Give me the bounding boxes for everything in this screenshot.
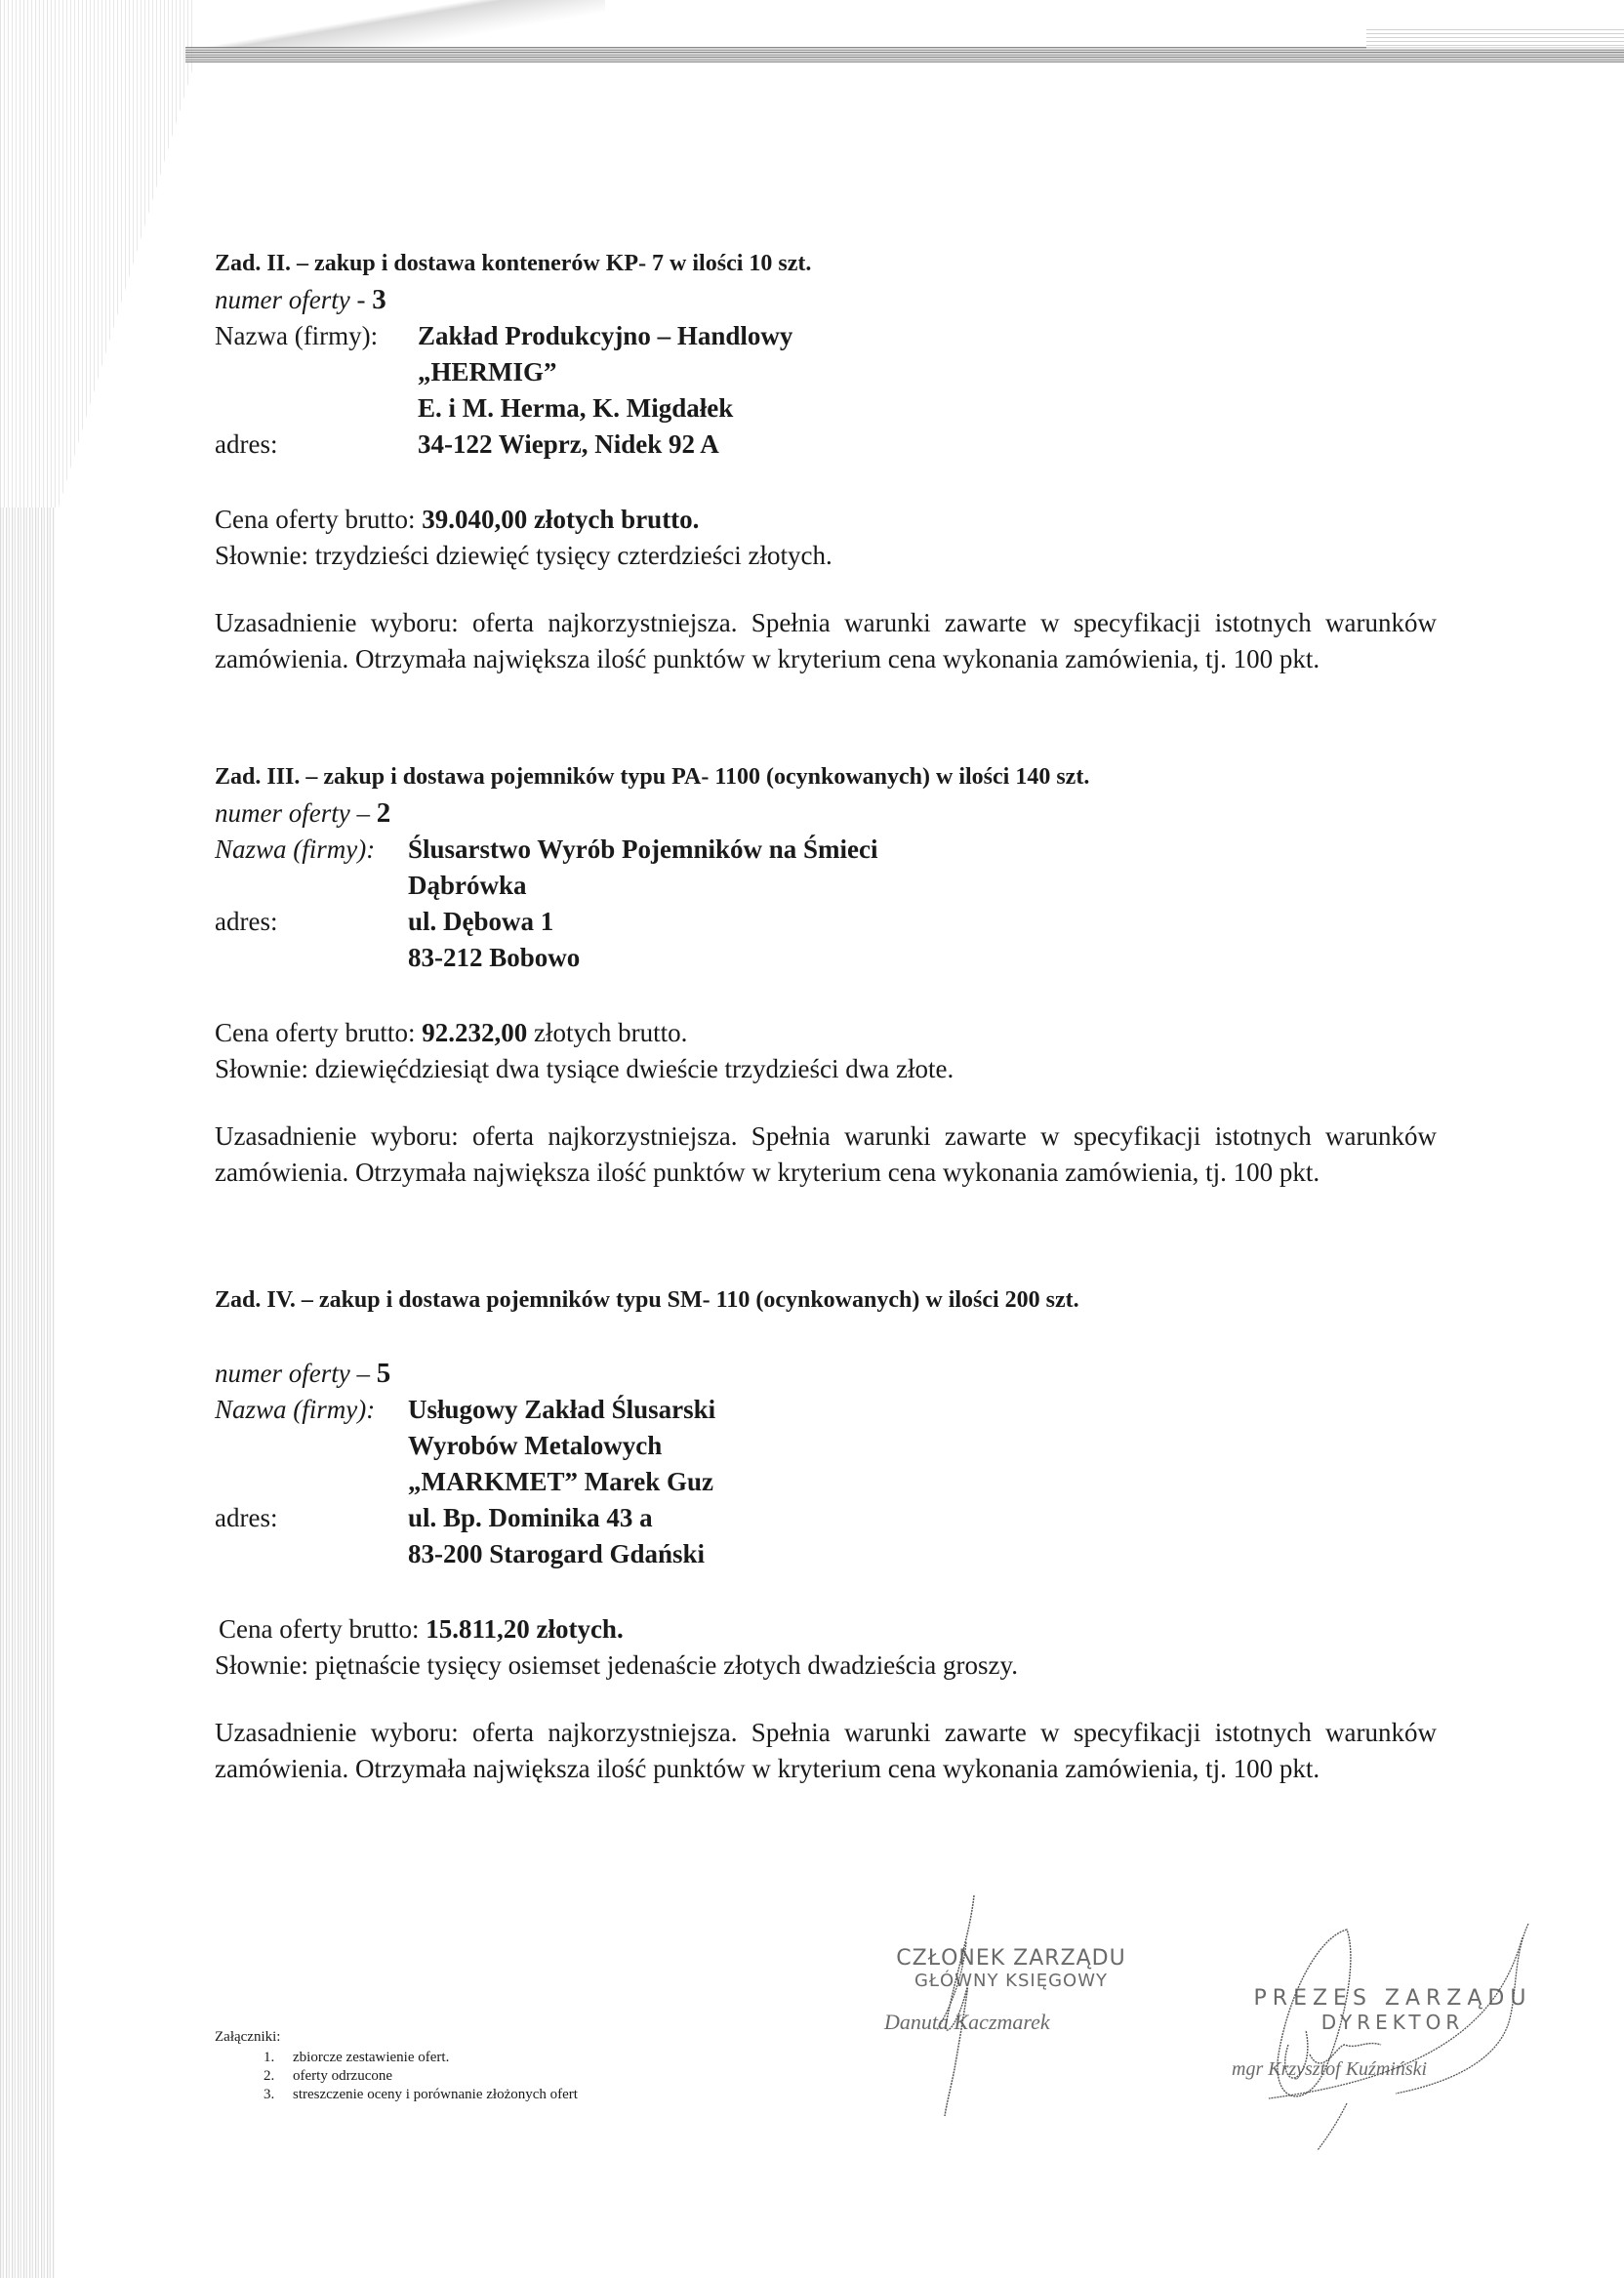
address-label: adres: bbox=[215, 427, 277, 463]
price-line: Cena oferty brutto: 15.811,20 złotych. bbox=[215, 1611, 1437, 1647]
company-label: Nazwa (firmy): bbox=[215, 832, 375, 868]
section-heading: Zad. III. – zakup i dostawa pojemników t… bbox=[215, 759, 1437, 795]
price-value: 39.040,00 złotych brutto. bbox=[422, 505, 699, 534]
offer-number-row: numer oferty – 2 bbox=[215, 795, 1437, 832]
section-heading: Zad. IV. – zakup i dostawa pojemników ty… bbox=[215, 1282, 1437, 1319]
company-name-line: Zakład Produkcyjno – Handlowy bbox=[418, 318, 792, 354]
address-line: ul. Dębowa 1 bbox=[408, 904, 553, 940]
company-name-line: Usługowy Zakład Ślusarski bbox=[408, 1392, 715, 1428]
company-row-cont: Dąbrówka bbox=[215, 868, 1437, 904]
scan-artifact-left-corner bbox=[0, 0, 195, 508]
address-label: adres: bbox=[215, 904, 277, 940]
address-line: ul. Bp. Dominika 43 a bbox=[408, 1500, 653, 1536]
attachment-item: 2.oferty odrzucone bbox=[215, 2067, 578, 2086]
address-label: adres: bbox=[215, 1500, 277, 1536]
justification: Uzasadnienie wyboru: oferta najkorzystni… bbox=[215, 1715, 1437, 1787]
company-row-cont: Wyrobów Metalowych bbox=[215, 1428, 1437, 1464]
attachment-item: 3.streszczenie oceny i porównanie złożon… bbox=[215, 2086, 578, 2104]
company-row-cont: „MARKMET” Marek Guz bbox=[215, 1464, 1437, 1500]
address-row: adres: 34-122 Wieprz, Nidek 92 A bbox=[215, 427, 1437, 463]
address-line: 83-200 Starogard Gdański bbox=[408, 1536, 705, 1572]
price-value: 92.232,00 bbox=[422, 1018, 527, 1047]
price-in-words: Słownie: trzydzieści dziewięć tysięcy cz… bbox=[215, 538, 1437, 574]
address-row: adres: ul. Bp. Dominika 43 a bbox=[215, 1500, 1437, 1536]
company-label: Nazwa (firmy): bbox=[215, 1392, 375, 1428]
scan-artifact-top-edge bbox=[185, 47, 1624, 62]
price-line: Cena oferty brutto: 39.040,00 złotych br… bbox=[215, 502, 1437, 538]
company-name-line: Ślusarstwo Wyrób Pojemników na Śmieci bbox=[408, 832, 878, 868]
stamp-title: PREZES ZARZĄDU bbox=[1232, 1986, 1554, 2012]
offer-number-row: numer oferty – 5 bbox=[215, 1356, 1437, 1392]
attachments-list: Załączniki: 1.zbiorcze zestawienie ofert… bbox=[215, 2028, 578, 2104]
offer-number: 2 bbox=[377, 797, 391, 829]
section-zad-2: Zad. II. – zakup i dostawa kontenerów KP… bbox=[215, 246, 1437, 677]
stamp-name: Danuta Kaczmarek bbox=[865, 2010, 1157, 2035]
price-value: 15.811,20 złotych. bbox=[426, 1614, 624, 1644]
company-name-line: Dąbrówka bbox=[408, 868, 527, 904]
company-row-cont: „HERMIG” bbox=[215, 354, 1437, 390]
price-in-words: Słownie: dziewięćdziesiąt dwa tysiące dw… bbox=[215, 1051, 1437, 1087]
offer-number: 3 bbox=[372, 284, 386, 315]
section-zad-3: Zad. III. – zakup i dostawa pojemników t… bbox=[215, 759, 1437, 1191]
company-row: Nazwa (firmy): Usługowy Zakład Ślusarski bbox=[215, 1392, 1437, 1428]
price-in-words: Słownie: piętnaście tysięcy osiemset jed… bbox=[215, 1647, 1437, 1684]
stamp-subtitle: DYREKTOR bbox=[1232, 2012, 1554, 2033]
offer-number-row: numer oferty - 3 bbox=[215, 282, 1437, 318]
company-name-line: Wyrobów Metalowych bbox=[408, 1428, 662, 1464]
attachment-item: 1.zbiorcze zestawienie ofert. bbox=[215, 2049, 578, 2067]
stamp-title: CZŁONEK ZARZĄDU bbox=[865, 1947, 1157, 1971]
company-row: Nazwa (firmy): Zakład Produkcyjno – Hand… bbox=[215, 318, 1437, 354]
section-zad-4: Zad. IV. – zakup i dostawa pojemników ty… bbox=[215, 1282, 1437, 1787]
offer-number-label: numer oferty – 2 bbox=[215, 795, 390, 832]
company-name-line: E. i M. Herma, K. Migdałek bbox=[418, 390, 733, 427]
section-heading: Zad. II. – zakup i dostawa kontenerów KP… bbox=[215, 246, 1437, 282]
offer-number-label: numer oferty - 3 bbox=[215, 282, 386, 318]
company-row-cont: E. i M. Herma, K. Migdałek bbox=[215, 390, 1437, 427]
stamp-name: mgr Krzysztof Kuźmiński bbox=[1232, 2058, 1554, 2081]
offer-number-label: numer oferty – 5 bbox=[215, 1356, 390, 1392]
scan-artifact-top-fold bbox=[195, 0, 605, 49]
address-line: 34-122 Wieprz, Nidek 92 A bbox=[418, 427, 719, 463]
company-name-line: „HERMIG” bbox=[418, 354, 557, 390]
stamp-president: PREZES ZARZĄDU DYREKTOR mgr Krzysztof Ku… bbox=[1232, 1986, 1554, 2081]
address-row-cont: 83-200 Starogard Gdański bbox=[215, 1536, 1437, 1572]
stamp-subtitle: GŁÓWNY KSIĘGOWY bbox=[865, 1971, 1157, 1992]
address-line: 83-212 Bobowo bbox=[408, 940, 580, 976]
company-label: Nazwa (firmy): bbox=[215, 318, 378, 354]
company-name-line: „MARKMET” Marek Guz bbox=[408, 1464, 713, 1500]
price-line: Cena oferty brutto: 92.232,00 złotych br… bbox=[215, 1015, 1437, 1051]
address-row-cont: 83-212 Bobowo bbox=[215, 940, 1437, 976]
offer-number: 5 bbox=[377, 1358, 391, 1389]
stamp-chief-accountant: CZŁONEK ZARZĄDU GŁÓWNY KSIĘGOWY Danuta K… bbox=[865, 1947, 1157, 2035]
company-row: Nazwa (firmy): Ślusarstwo Wyrób Pojemnik… bbox=[215, 832, 1437, 868]
attachments-title: Załączniki: bbox=[215, 2028, 578, 2047]
justification: Uzasadnienie wyboru: oferta najkorzystni… bbox=[215, 1119, 1437, 1191]
scan-artifact-top-right bbox=[1366, 29, 1624, 49]
address-row: adres: ul. Dębowa 1 bbox=[215, 904, 1437, 940]
justification: Uzasadnienie wyboru: oferta najkorzystni… bbox=[215, 605, 1437, 677]
